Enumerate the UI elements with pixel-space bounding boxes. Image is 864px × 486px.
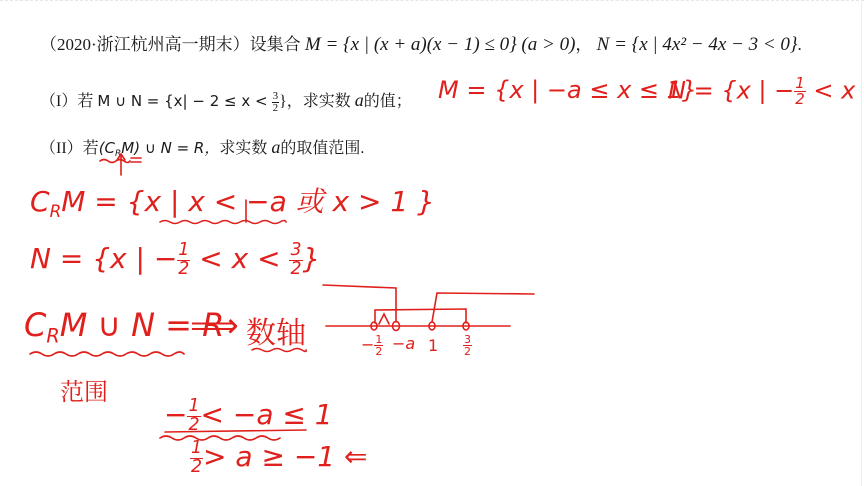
squiggle-underline-inequality: [160, 436, 280, 440]
arrow-up-icon: [117, 154, 125, 175]
double-underline-m: [131, 158, 141, 162]
squiggle-underline-complement: [160, 221, 286, 224]
interval-complement-right: [432, 293, 534, 322]
squiggle-underline-number-line: [252, 349, 306, 352]
squiggle-underline-union: [30, 352, 184, 356]
wiggle-between: [379, 314, 389, 324]
underline-inequality: [165, 430, 306, 432]
interval-n: [375, 309, 466, 323]
ink-strokes: [0, 0, 864, 486]
